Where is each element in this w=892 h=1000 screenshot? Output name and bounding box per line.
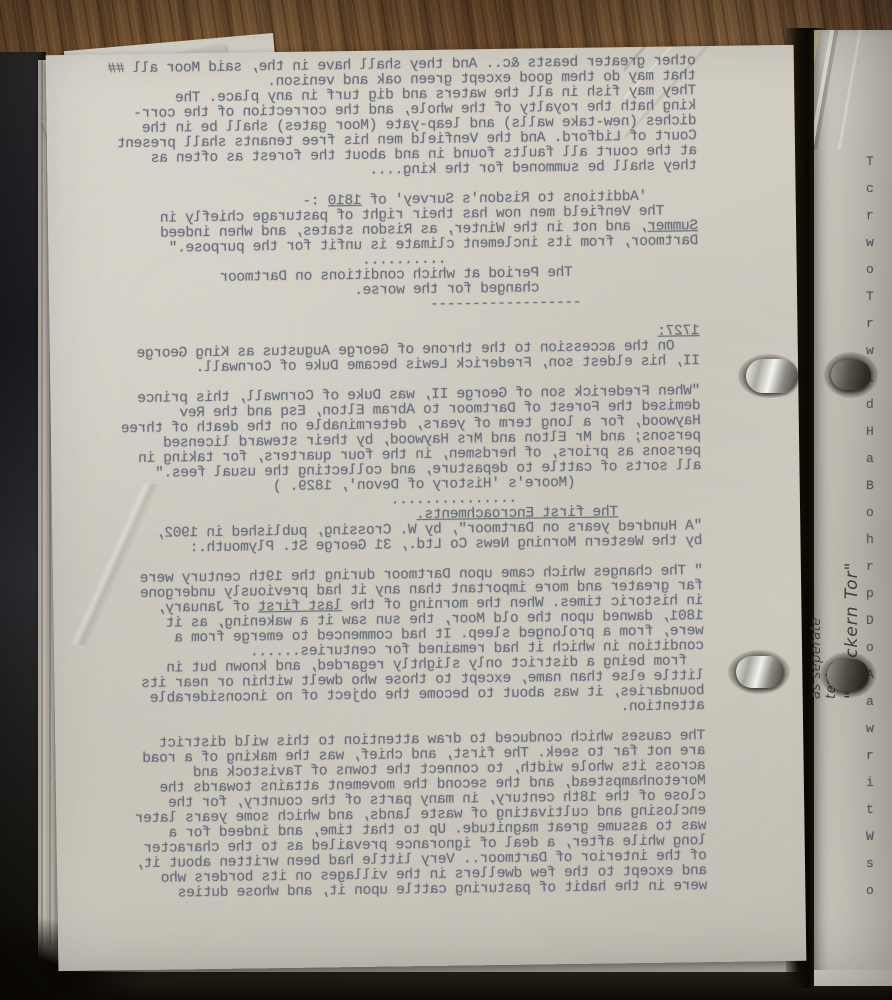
facing-page-stack: TcrwoTrw1dHaBohrpDoAawritWso as seperate… xyxy=(814,30,892,986)
next-page-edge-letter: i xyxy=(866,769,890,796)
binder-ring-top-right-stub xyxy=(831,360,871,390)
next-page-edge-letter: a xyxy=(866,445,890,472)
next-page-edge-letter: d xyxy=(866,391,890,418)
binder-ring-bottom-left-stub xyxy=(736,656,784,688)
next-page-edge-letter: r xyxy=(866,742,890,769)
next-page-edge-letter: r xyxy=(866,310,890,337)
next-page-edge-letter: T xyxy=(866,148,890,175)
next-page-edge-letter: r xyxy=(866,202,890,229)
facing-page-bottom-edge xyxy=(814,970,892,986)
binder-ring-bottom-right-stub xyxy=(827,659,869,691)
next-page-edge-letter: t xyxy=(866,796,890,823)
next-page-edge-letter: w xyxy=(866,229,890,256)
next-page-edge-letter: c xyxy=(866,175,890,202)
next-page-edge-letter: T xyxy=(866,283,890,310)
next-page-edge-letter: W xyxy=(866,823,890,850)
binder-ring-top-left-stub xyxy=(746,359,798,393)
photo-scene: other greater beasts &c.. And they shall… xyxy=(0,0,892,1000)
next-page-edge-letter: s xyxy=(866,850,890,877)
document-page: other greater beasts &c.. And they shall… xyxy=(46,45,807,971)
next-page-edge-letter: o xyxy=(866,877,890,904)
typed-text-mirrored: other greater beasts &c.. And they shall… xyxy=(52,54,708,903)
facing-page-corner-crease xyxy=(814,30,892,150)
next-page-edge-letter: o xyxy=(866,256,890,283)
next-page-edge-letter: w xyxy=(866,715,890,742)
next-page-edge-letter: H xyxy=(866,418,890,445)
